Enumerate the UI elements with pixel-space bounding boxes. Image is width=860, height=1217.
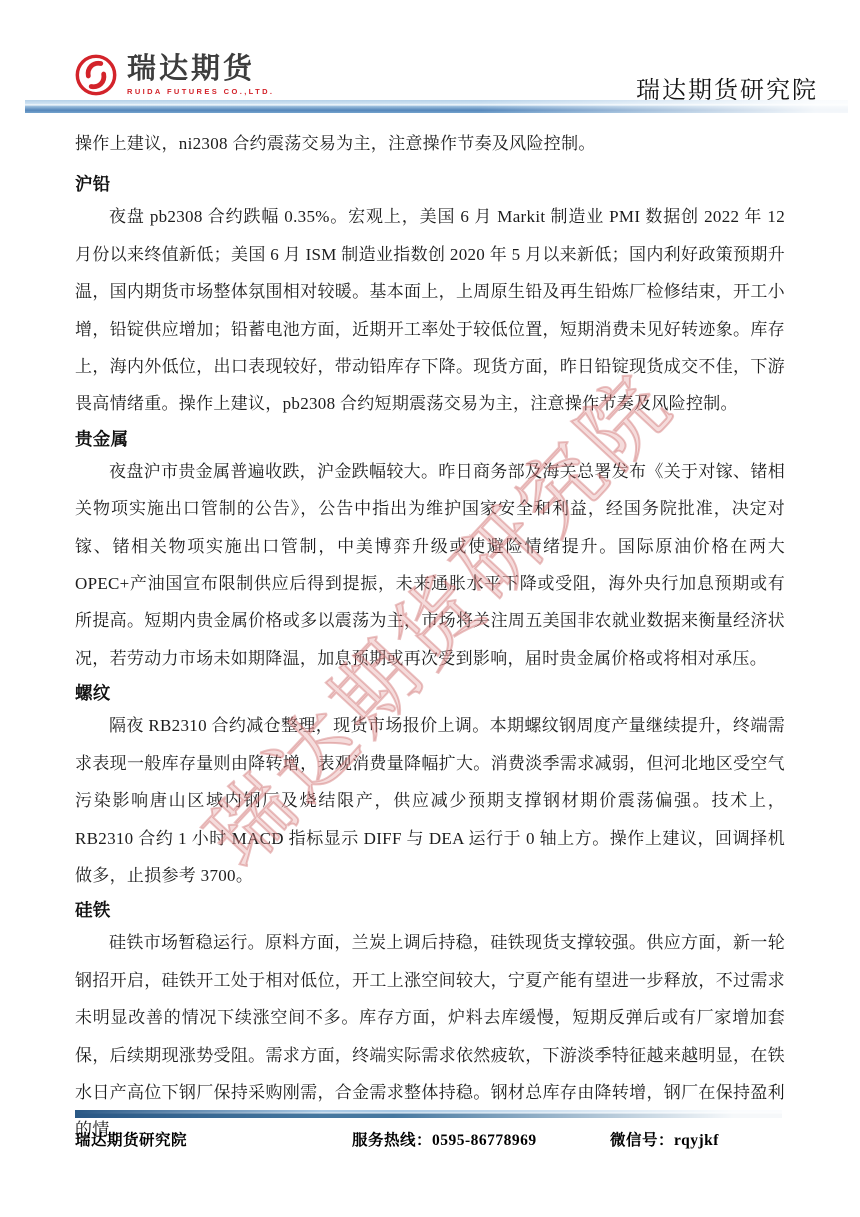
report-body: 操作上建议，ni2308 合约震荡交易为主，注意操作节奏及风险控制。 沪铅 夜盘…: [75, 112, 785, 1149]
section-heading: 沪铅: [75, 174, 785, 194]
section-heading: 硅铁: [75, 900, 785, 920]
brand-name-cn: 瑞达期货: [127, 55, 274, 84]
brand-name-en: RUIDA FUTURES CO.,LTD.: [127, 88, 274, 96]
section-paragraph: 夜盘沪市贵金属普遍收跌，沪金跌幅较大。昨日商务部及海关总署发布《关于对镓、锗相关…: [75, 453, 785, 677]
carryover-paragraph: 操作上建议，ni2308 合约震荡交易为主，注意操作节奏及风险控制。: [75, 125, 785, 162]
footer-institute: 瑞达期货研究院: [75, 1128, 187, 1150]
sections-container: 沪铅 夜盘 pb2308 合约跌幅 0.35%。宏观上，美国 6 月 Marki…: [75, 174, 785, 1148]
ruida-logo-icon: [73, 52, 119, 98]
company-logo: 瑞达期货 RUIDA FUTURES CO.,LTD.: [73, 52, 274, 98]
report-section: 螺纹 隔夜 RB2310 合约减仓整理，现货市场报价上调。本期螺纹钢周度产量继续…: [75, 683, 785, 894]
section-paragraph: 夜盘 pb2308 合约跌幅 0.35%。宏观上，美国 6 月 Markit 制…: [75, 198, 785, 422]
section-paragraph: 隔夜 RB2310 合约减仓整理，现货市场报价上调。本期螺纹钢周度产量继续提升，…: [75, 707, 785, 894]
footer-wechat: 微信号：rqyjkf: [610, 1128, 719, 1150]
report-page: 瑞达期货 RUIDA FUTURES CO.,LTD. 瑞达期货研究院 瑞达期货…: [0, 0, 860, 1217]
footer-divider-bar: [75, 1110, 782, 1118]
footer-hotline: 服务热线：0595-86778969: [352, 1128, 537, 1150]
report-section: 沪铅 夜盘 pb2308 合约跌幅 0.35%。宏观上，美国 6 月 Marki…: [75, 174, 785, 422]
logo-text: 瑞达期货 RUIDA FUTURES CO.,LTD.: [127, 55, 274, 96]
report-section: 贵金属 夜盘沪市贵金属普遍收跌，沪金跌幅较大。昨日商务部及海关总署发布《关于对镓…: [75, 429, 785, 677]
section-heading: 贵金属: [75, 429, 785, 449]
section-heading: 螺纹: [75, 683, 785, 703]
